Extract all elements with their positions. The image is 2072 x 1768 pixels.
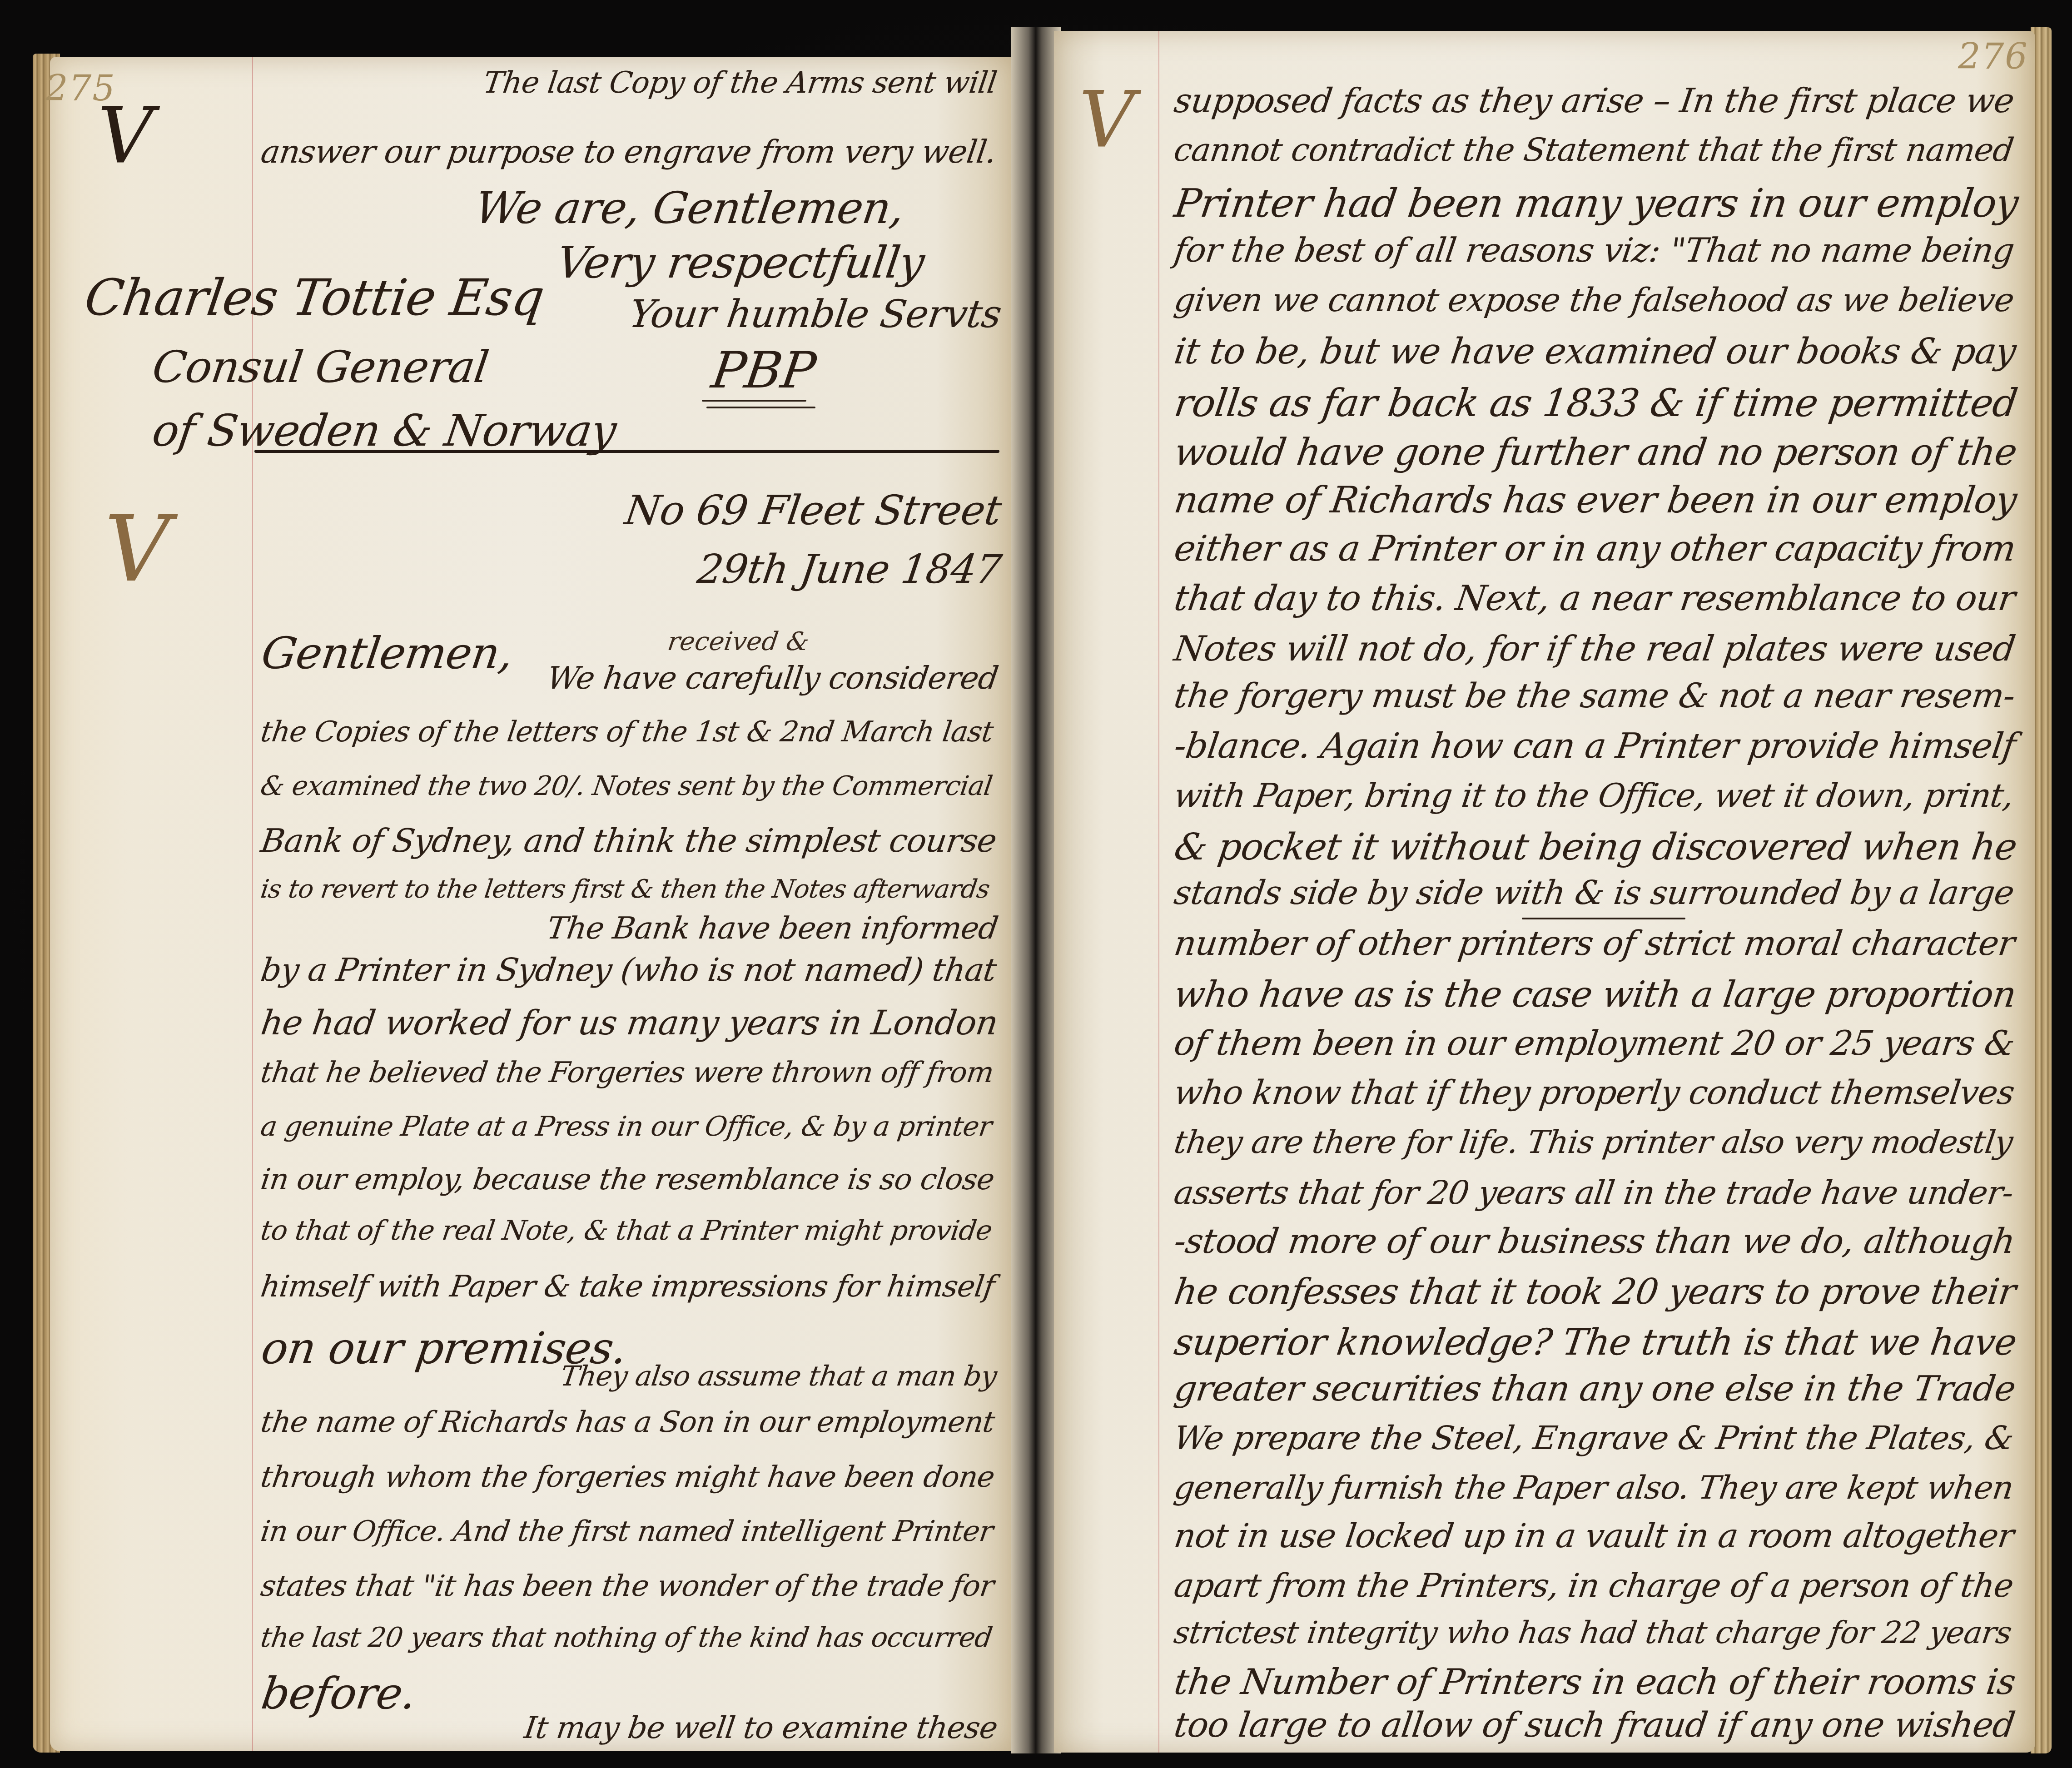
body-line: rolls as far back as 1833 & if time perm… [1172, 384, 2020, 422]
body-line: the Number of Printers in each of their … [1172, 1665, 2017, 1700]
body-line: they are there for life. This printer al… [1172, 1127, 2014, 1158]
right-tick-mark-top: V [1079, 82, 1135, 159]
body-line: to that of the real Note, & that a Print… [259, 1217, 994, 1245]
body-line: he had worked for us many years in Londo… [259, 1006, 1000, 1040]
body-line: in our Office. And the first named intel… [259, 1517, 995, 1546]
body-line: with Paper, bring it to the Office, wet … [1172, 779, 2016, 812]
body-line: it to be, but we have examined our books… [1172, 334, 2018, 369]
left-tick-mark-second: V [104, 504, 170, 595]
body-line: stands side by side with & is surrounded… [1172, 877, 2016, 910]
body-line: the name of Richards has a Son in our em… [259, 1408, 996, 1437]
body-line: generally furnish the Paper also. They a… [1172, 1472, 2015, 1504]
body-line: who know that if they properly conduct t… [1172, 1077, 2016, 1110]
body-line: either as a Printer or in any other capa… [1172, 531, 2017, 567]
body-line: is to revert to the letters first & then… [259, 877, 991, 902]
closing-line: Very respectfully [554, 241, 927, 284]
body-line: supposed facts as they arise – In the fi… [1172, 84, 2016, 118]
surrounded-underline [1522, 918, 1685, 919]
body-line: We prepare the Steel, Engrave & Print th… [1172, 1422, 2016, 1454]
body-line: We have carefully considered [545, 663, 1000, 694]
body-line: too large to allow of such fraud if any … [1172, 1708, 2017, 1743]
closing-line: Your humble Servts [627, 295, 1004, 333]
body-line: of them been in our employment 20 or 25 … [1172, 1027, 2017, 1061]
closing-line: We are, Gentlemen, [472, 186, 907, 230]
signature-initials: PBP [709, 345, 818, 395]
letter-divider-rule [254, 450, 999, 453]
body-line: cannot contradict the Statement that the… [1172, 134, 2015, 166]
body-line: by a Printer in Sydney (who is not named… [259, 954, 998, 986]
body-line: through whom the forgeries might have be… [259, 1463, 996, 1492]
body-line: the forgery must be the same & not a nea… [1172, 679, 2017, 713]
right-margin-rule [1158, 31, 1159, 1753]
book-gutter [1011, 27, 1061, 1753]
signature-underline [706, 407, 815, 408]
right-page-number: 276 [1958, 36, 2028, 77]
body-line: Printer had been many years in our emplo… [1172, 184, 2021, 223]
body-line: that day to this. Next, a near resemblan… [1172, 581, 2017, 616]
closing-line: answer our purpose to engrave from very … [259, 136, 998, 168]
recipient-line: Charles Tottie Esq [82, 273, 547, 323]
signature-underline [702, 400, 806, 402]
body-line: before. [259, 1672, 418, 1715]
body-line: Notes will not do, for if the real plate… [1172, 631, 2017, 666]
closing-line: The last Copy of the Arms sent will [482, 68, 999, 98]
body-line: himself with Paper & take impressions fo… [259, 1272, 996, 1301]
body-line: for the best of all reasons viz: "That n… [1172, 234, 2016, 267]
body-line: a genuine Plate at a Press in our Office… [259, 1113, 994, 1140]
body-line: It may be well to examine these [522, 1713, 999, 1743]
body-line: number of other printers of strict moral… [1172, 927, 2017, 961]
left-tick-mark-top: V [98, 98, 154, 175]
body-line: who have as is the case with a large pro… [1172, 977, 2018, 1013]
body-line: & examined the two 20/. Notes sent by th… [259, 772, 994, 799]
body-line: greater securities than any one else in … [1172, 1372, 2017, 1407]
body-line: in our employ, because the resemblance i… [259, 1165, 996, 1194]
body-line: given we cannot expose the falsehood as … [1172, 284, 2016, 317]
body-line: would have gone further and no person of… [1172, 434, 2019, 471]
body-line: -stood more of our business than we do, … [1172, 1224, 2017, 1259]
body-line: he confesses that it took 20 years to pr… [1172, 1274, 2018, 1310]
body-line: not in use locked up in a vault in a roo… [1172, 1520, 2016, 1553]
body-line: The Bank have been informed [545, 913, 1000, 944]
recipient-line: Consul General [150, 345, 491, 389]
body-line: & pocket it without being discovered whe… [1172, 829, 2019, 866]
body-line: superior knowledge? The truth is that we… [1172, 1324, 2018, 1361]
body-line: the Copies of the letters of the 1st & 2… [259, 718, 995, 746]
body-line: asserts that for 20 years all in the tra… [1172, 1177, 2015, 1209]
body-line: strictest integrity who has had that cha… [1172, 1617, 2013, 1648]
body-line: -blance. Again how can a Printer provide… [1172, 729, 2017, 764]
recipient-line: of Sweden & Norway [150, 409, 619, 452]
body-line: Bank of Sydney, and think the simplest c… [259, 824, 999, 857]
interlinear-insertion: received & [666, 627, 811, 656]
letter-salutation: Gentlemen, [259, 631, 516, 675]
letter-address: No 69 Fleet Street [622, 491, 1004, 531]
body-line: name of Richards has ever been in our em… [1172, 482, 2019, 518]
letter-date: 29th June 1847 [695, 550, 1004, 590]
body-line: states that "it has been the wonder of t… [259, 1572, 995, 1601]
body-line: that he believed the Forgeries were thro… [259, 1058, 995, 1087]
body-line: the last 20 years that nothing of the ki… [259, 1624, 994, 1651]
body-line: apart from the Printers, in charge of a … [1172, 1569, 2015, 1602]
body-line: They also assume that a man by [559, 1363, 998, 1391]
